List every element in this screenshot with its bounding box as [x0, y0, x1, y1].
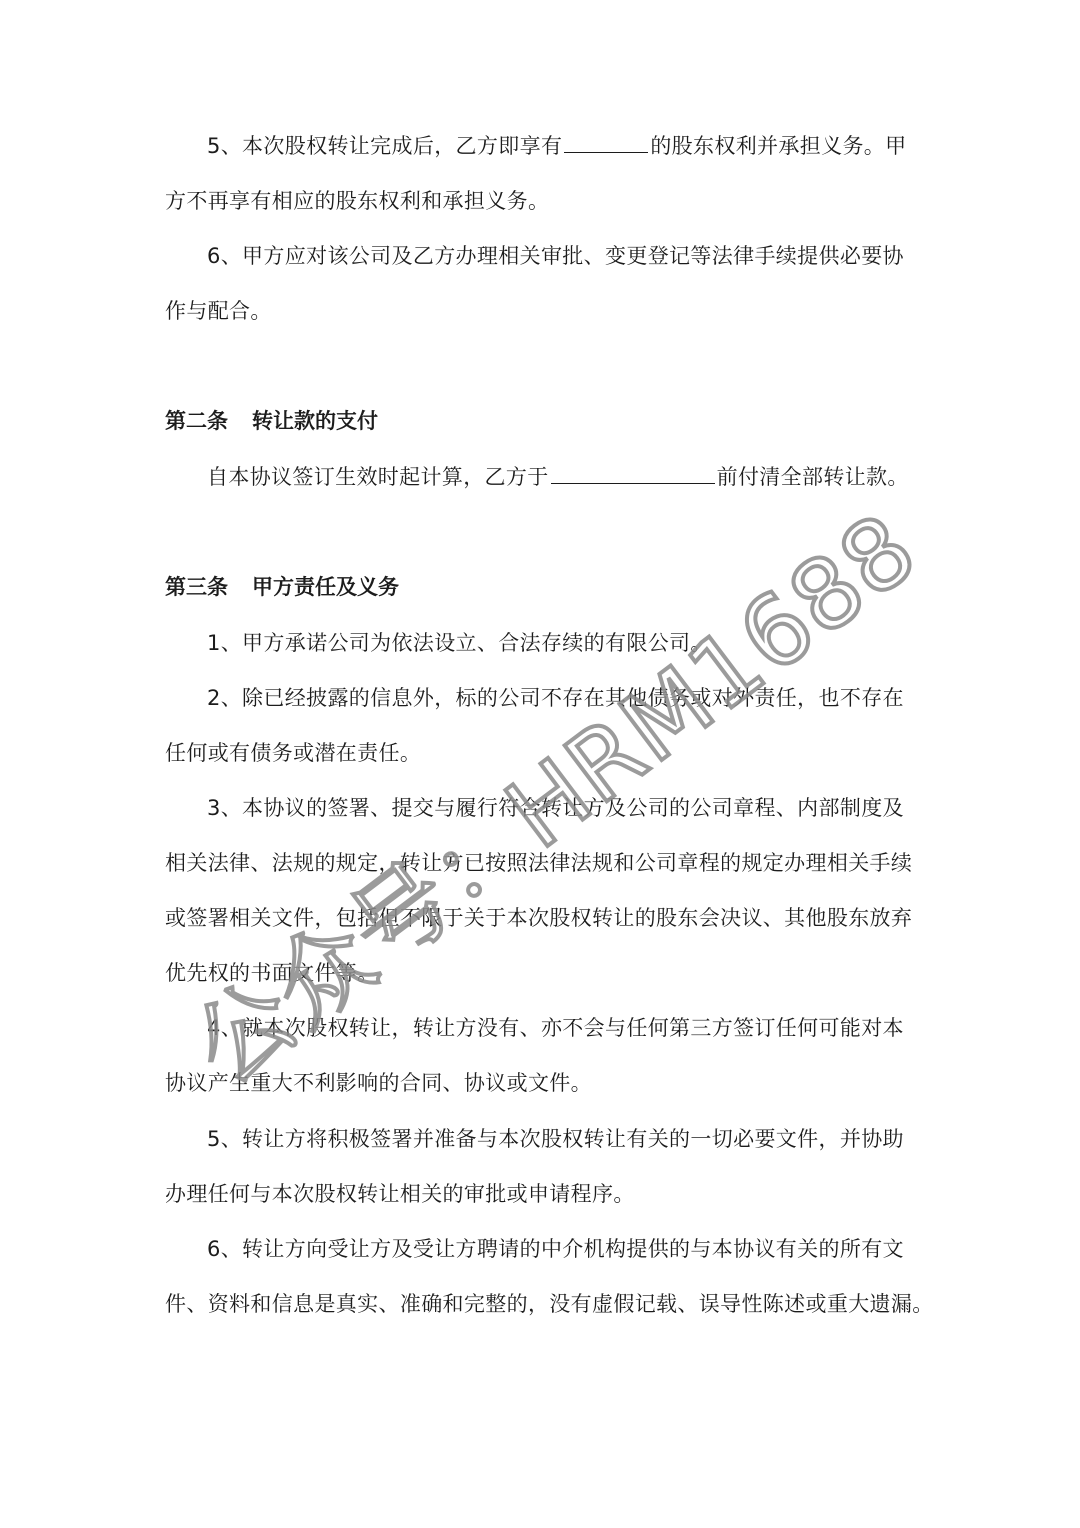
article3-item6-line2: 件、资料和信息是真实、准确和完整的，没有虚假记载、误导性陈述或重大遗漏。 — [165, 1289, 934, 1319]
blank-fill-shareholding — [564, 132, 648, 153]
article1-item6-line1: 6、甲方应对该公司及乙方办理相关审批、变更登记等法律手续提供必要协 — [207, 241, 904, 271]
article3-item3-line2: 相关法律、法规的规定，转让方已按照法律法规和公司章程的规定办理相关手续 — [165, 848, 912, 878]
article3-item4-line2: 协议产生重大不利影响的合同、协议或文件。 — [165, 1068, 592, 1098]
article-title: 甲方责任及义务 — [252, 575, 399, 599]
article1-item5-line2: 方不再享有相应的股东权利和承担义务。 — [165, 186, 549, 216]
article3-item6-line1: 6、转让方向受让方及受让方聘请的中介机构提供的与本协议有关的所有文 — [207, 1234, 904, 1264]
article-number: 第二条 — [165, 409, 228, 433]
article1-item5-line1: 5、本次股权转让完成后，乙方即享有的股东权利并承担义务。甲 — [207, 131, 907, 161]
article3-item3-line3: 或签署相关文件，包括但不限于关于本次股权转让的股东会决议、其他股东放弃 — [165, 903, 912, 933]
article-title: 转让款的支付 — [252, 409, 378, 433]
article3-heading: 第三条甲方责任及义务 — [165, 572, 399, 602]
text: 5、本次股权转让完成后，乙方即享有 — [207, 134, 562, 158]
text: 自本协议签订生效时起计算，乙方于 — [207, 465, 549, 489]
blank-fill-date — [551, 463, 715, 484]
article-number: 第三条 — [165, 575, 228, 599]
article3-item2-line2: 任何或有债务或潜在责任。 — [165, 738, 421, 768]
article3-item1-line1: 1、甲方承诺公司为依法设立、合法存续的有限公司。 — [207, 628, 712, 658]
article3-item5-line2: 办理任何与本次股权转让相关的审批或申请程序。 — [165, 1179, 635, 1209]
text: 的股东权利并承担义务。甲 — [650, 134, 906, 158]
article3-item5-line1: 5、转让方将积极签署并准备与本次股权转让有关的一切必要文件，并协助 — [207, 1124, 904, 1154]
article2-body: 自本协议签订生效时起计算，乙方于前付清全部转让款。 — [207, 462, 909, 492]
article1-item6-line2: 作与配合。 — [165, 296, 272, 326]
article3-item4-line1: 4、就本次股权转让，转让方没有、亦不会与任何第三方签订任何可能对本 — [207, 1013, 904, 1043]
article3-item3-line1: 3、本协议的签署、提交与履行符合转让方及公司的公司章程、内部制度及 — [207, 793, 904, 823]
article3-item3-line4: 优先权的书面文件等。 — [165, 958, 379, 988]
article3-item2-line1: 2、除已经披露的信息外，标的公司不存在其他债务或对外责任，也不存在 — [207, 683, 904, 713]
article2-heading: 第二条转让款的支付 — [165, 406, 378, 436]
text: 前付清全部转让款。 — [717, 465, 909, 489]
